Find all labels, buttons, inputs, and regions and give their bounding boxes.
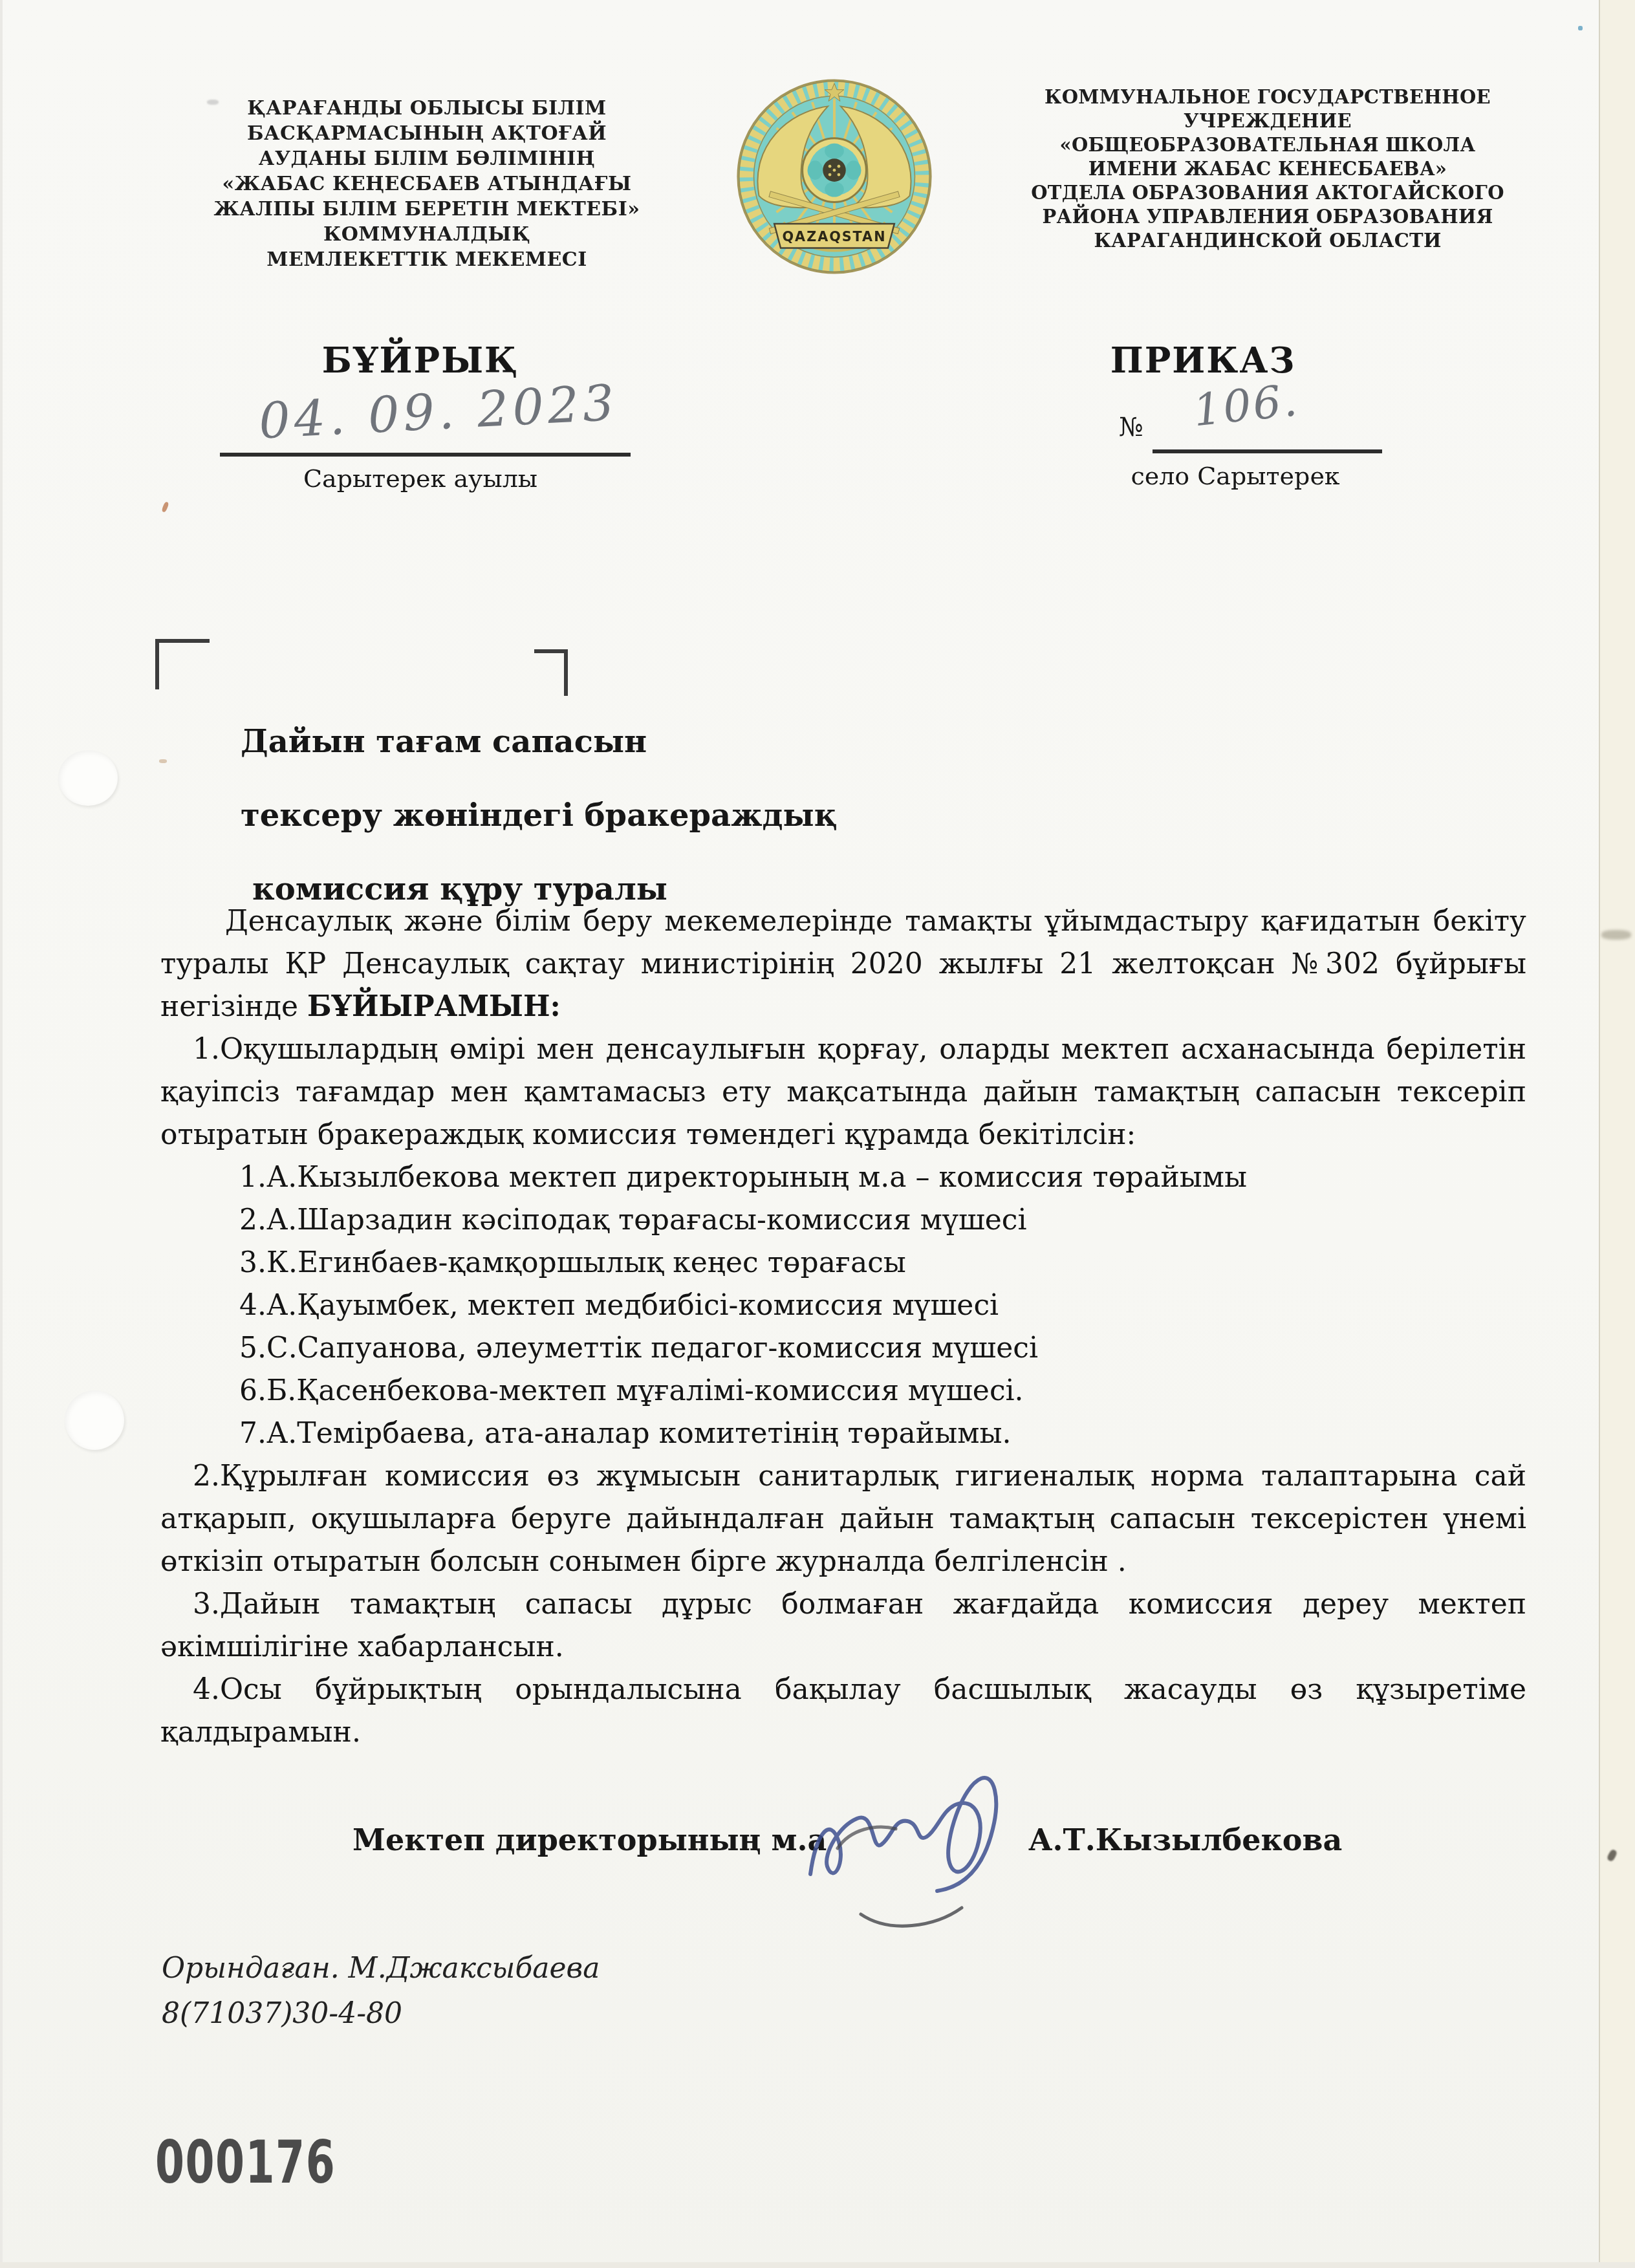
subject-line: Дайын тағам сапасын: [241, 705, 887, 779]
corner-mark-right: [534, 649, 568, 696]
order-subject: Дайын тағам сапасын тексеру жөніндегі бр…: [241, 705, 887, 926]
org-name-kazakh: ҚАРАҒАНДЫ ОБЛЫСЫ БІЛІМ БАСҚАРМАСЫНЫҢ АҚТ…: [207, 96, 647, 272]
item-4-paragraph: 4.Осы бұйрықтың орындалысына бақылау бас…: [160, 1669, 1526, 1754]
executor-phone: 8(71037)30-4-80: [162, 1997, 402, 2030]
item-1-paragraph: 1.Оқушылардың өмірі мен денсаулығын қорғ…: [160, 1028, 1526, 1156]
org-line: ОТДЕЛА ОБРАЗОВАНИЯ АКТОГАЙСКОГО: [1022, 181, 1513, 205]
item-2-paragraph: 2.Құрылған комиссия өз жұмысын санитарлы…: [160, 1455, 1526, 1583]
place-russian: село Сарытерек: [1099, 462, 1371, 490]
place-kazakh: Сарытерек ауылы: [226, 464, 614, 493]
scan-speck: [161, 501, 169, 512]
punch-hole-mark: [58, 750, 118, 806]
signer-name: А.Т.Кызылбекова: [1028, 1822, 1342, 1857]
kazakhstan-coat-of-arms-icon: QAZAQSTAN: [732, 72, 937, 281]
order-body: Денсаулық және білім беру мекемелерінде …: [160, 900, 1526, 1754]
org-line: УЧРЕЖДЕНИЕ: [1022, 109, 1513, 133]
commission-member: 6.Б.Қасенбекова-мектеп мұғалімі-комиссия…: [160, 1370, 1526, 1412]
subject-line: тексеру жөніндегі бракераждық: [241, 779, 887, 852]
signer-role: Мектеп директорының м.а: [352, 1822, 827, 1857]
org-line: АУДАНЫ БІЛІМ БӨЛІМІНІҢ: [207, 146, 647, 171]
org-line: ЖАЛПЫ БІЛІМ БЕРЕТІН МЕКТЕБІ»: [207, 197, 647, 222]
handwritten-order-number: 106.: [1191, 375, 1301, 437]
org-line: «ЖАБАС КЕҢЕСБАЕВ АТЫНДАҒЫ: [207, 171, 647, 197]
org-name-russian: КОММУНАЛЬНОЕ ГОСУДАРСТВЕННОЕ УЧРЕЖДЕНИЕ …: [1022, 85, 1513, 253]
scan-edge-line: [0, 2262, 1635, 2268]
item-3-paragraph: 3.Дайын тамақтың сапасы дұрыс болмаған ж…: [160, 1583, 1526, 1669]
emblem-banner-text: QAZAQSTAN: [783, 229, 887, 244]
intro-paragraph: Денсаулық және білім беру мекемелерінде …: [160, 900, 1526, 1028]
scan-speck: [1578, 26, 1583, 30]
scan-speck: [207, 100, 219, 105]
commission-member: 2.А.Шарзадин кәсіподақ төрағасы-комиссия…: [160, 1199, 1526, 1242]
handwritten-date: 04. 09. 2023: [257, 374, 619, 450]
page-number-stamp: 000176: [155, 2129, 336, 2197]
scan-edge-line: [0, 0, 3, 2268]
punch-hole-mark: [65, 1390, 124, 1450]
number-sign: №: [1119, 413, 1143, 442]
commission-member: 3.К.Егинбаев-қамқоршылық кеңес төрағасы: [160, 1242, 1526, 1284]
scan-edge-strip: [1599, 0, 1635, 2268]
executor-line: Орындаған. М.Джаксыбаева: [162, 1952, 600, 1985]
org-line: ИМЕНИ ЖАБАС КЕНЕСБАЕВА»: [1022, 157, 1513, 181]
commission-member: 7.А.Темірбаева, ата-аналар комитетінің т…: [160, 1412, 1526, 1455]
commission-members-list: 1.А.Кызылбекова мектеп директорының м.а …: [160, 1156, 1526, 1455]
resolution-word: БҰЙЫРАМЫН:: [307, 990, 561, 1023]
org-line: «ОБЩЕОБРАЗОВАТЕЛЬНАЯ ШКОЛА: [1022, 133, 1513, 157]
org-line: БАСҚАРМАСЫНЫҢ АҚТОҒАЙ: [207, 121, 647, 146]
scanned-order-page: { "document": { "org_left_lines": [ "ҚАР…: [0, 0, 1635, 2268]
org-line: КОММУНАЛДЫҚ: [207, 222, 647, 247]
commission-member: 4.А.Қауымбек, мектеп медбибісі-комиссия …: [160, 1284, 1526, 1327]
number-underline: [1153, 449, 1382, 453]
commission-member: 1.А.Кызылбекова мектеп директорының м.а …: [160, 1156, 1526, 1199]
scan-smudge: [1601, 930, 1631, 940]
corner-mark-left: [155, 639, 210, 689]
date-underline: [220, 453, 631, 457]
order-title-kazakh: БҰЙРЫҚ: [226, 340, 614, 381]
org-line: КАРАГАНДИНСКОЙ ОБЛАСТИ: [1022, 229, 1513, 253]
commission-member: 5.С.Сапуанова, әлеуметтік педагог-комисс…: [160, 1327, 1526, 1370]
org-line: МЕМЛЕКЕТТІК МЕКЕМЕСІ: [207, 247, 647, 272]
org-line: ҚАРАҒАНДЫ ОБЛЫСЫ БІЛІМ: [207, 96, 647, 121]
scan-speck: [159, 759, 167, 763]
order-title-russian: ПРИКАЗ: [1061, 340, 1345, 381]
org-line: КОММУНАЛЬНОЕ ГОСУДАРСТВЕННОЕ: [1022, 85, 1513, 109]
signature-scribble: [799, 1764, 1019, 1939]
org-line: РАЙОНА УПРАВЛЕНИЯ ОБРАЗОВАНИЯ: [1022, 205, 1513, 229]
